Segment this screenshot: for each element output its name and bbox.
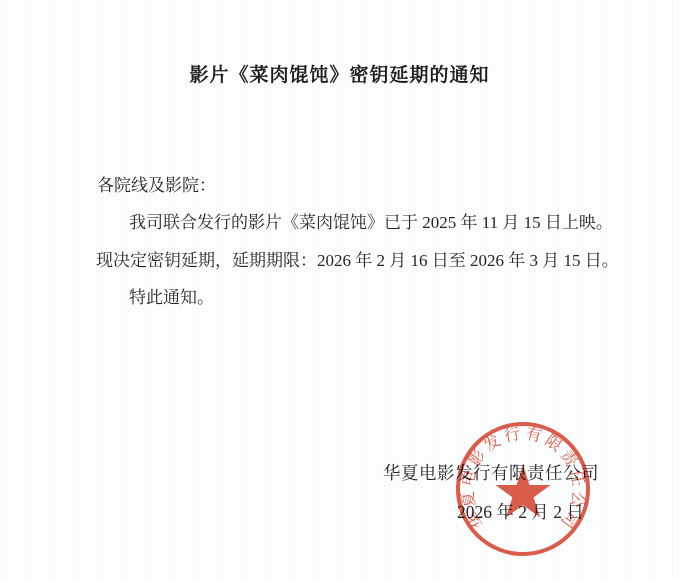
body-paragraph-extension: 现决定密钥延期，延期期限：2026 年 2 月 16 日至 2026 年 3 月… <box>96 250 619 272</box>
seal-star-icon <box>495 465 550 518</box>
document-title: 影片《菜肉馄饨》密钥延期的通知 <box>0 60 679 87</box>
body-paragraph-release: 我司联合发行的影片《菜肉馄饨》已于 2025 年 11 月 15 日上映。 <box>129 212 613 234</box>
body-paragraph-closing: 特此通知。 <box>129 287 214 309</box>
salutation-line: 各院线及影院： <box>97 175 216 197</box>
scanned-notice-document: 影片《菜肉馄饨》密钥延期的通知 各院线及影院： 我司联合发行的影片《菜肉馄饨》已… <box>0 0 679 579</box>
company-seal-stamp: 华夏电影发行有限责任公司 <box>453 419 593 559</box>
